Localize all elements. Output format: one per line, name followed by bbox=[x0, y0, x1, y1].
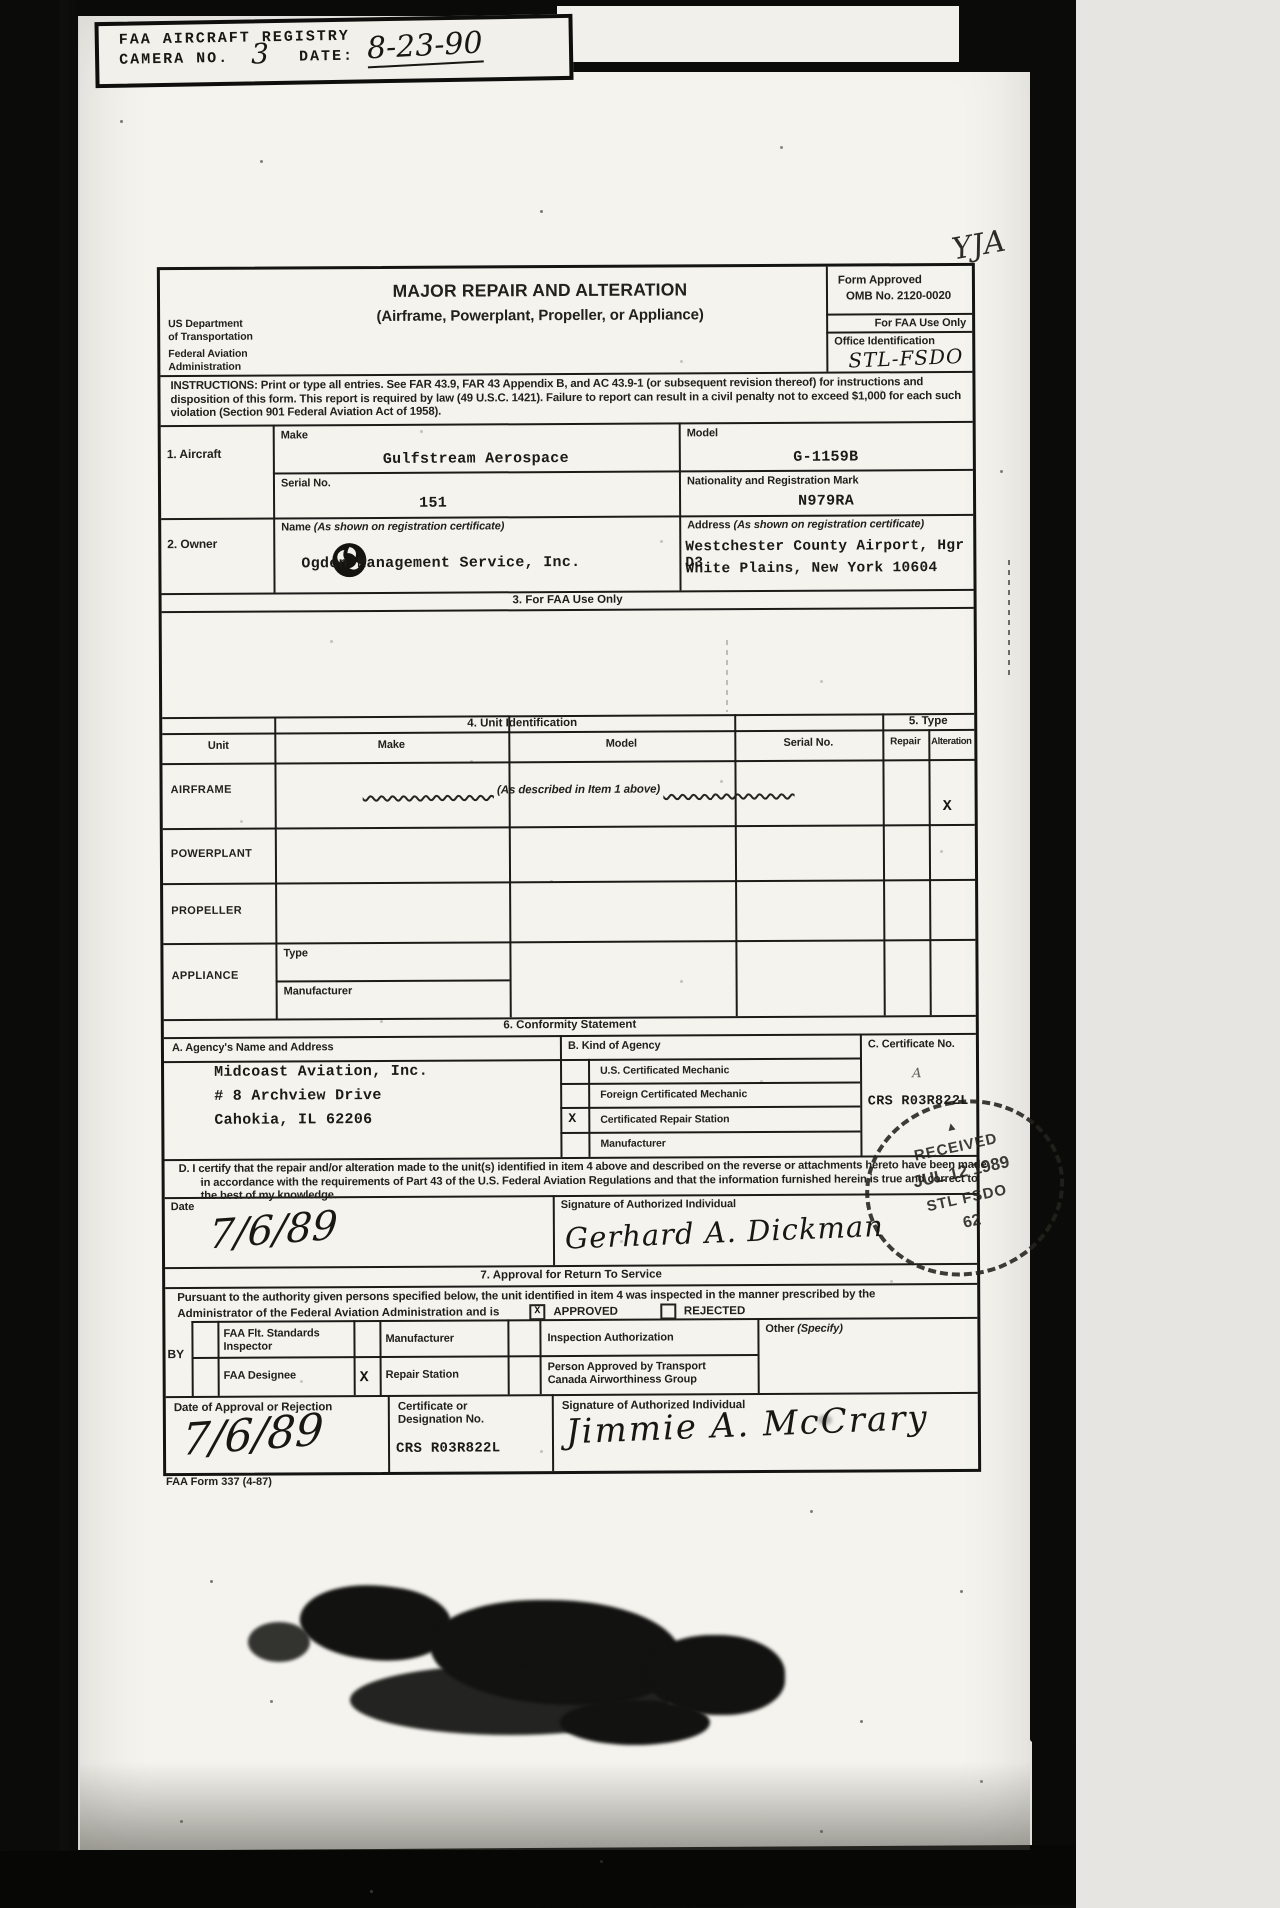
airframe-alteration-mark: X bbox=[943, 798, 952, 815]
transport-canada-cell: Person Approved by Transport Canada Airw… bbox=[548, 1360, 748, 1386]
omb-number: OMB No. 2120-0020 bbox=[846, 290, 951, 303]
agency-name-address-label: A. Agency's Name and Address bbox=[172, 1041, 334, 1054]
scan-artifact-line bbox=[1008, 560, 1010, 680]
owner-address-value2: White Plains, New York 10604 bbox=[685, 560, 937, 577]
model-label: Model bbox=[687, 427, 718, 440]
row-propeller-label: PROPELLER bbox=[171, 905, 242, 918]
repair-station-mark: X bbox=[360, 1369, 369, 1386]
repair-station-cell: Repair Station bbox=[386, 1369, 459, 1382]
approval-text-line2: Administrator of the Federal Aviation Ad… bbox=[177, 1306, 499, 1320]
unit-identification-title: 4. Unit Identification bbox=[162, 715, 882, 731]
signature-label: Signature of Authorized Individual bbox=[561, 1198, 736, 1211]
form-number-footer: FAA Form 337 (4-87) bbox=[166, 1476, 272, 1488]
model-value: G-1159B bbox=[679, 448, 973, 467]
manufacturer-cell: Manufacturer bbox=[385, 1333, 454, 1346]
row-airframe-label: AIRFRAME bbox=[171, 784, 232, 797]
certificate-no-label: C. Certificate No. bbox=[868, 1038, 955, 1051]
scan-edge-left bbox=[0, 0, 60, 1908]
serial-value: 151 bbox=[273, 494, 593, 513]
approved-label: APPROVED bbox=[553, 1306, 618, 1318]
inspection-authorization-cell: Inspection Authorization bbox=[547, 1331, 673, 1344]
date-handwritten: 7/6/89 bbox=[208, 1203, 339, 1259]
approved-checkbox: X bbox=[529, 1304, 545, 1320]
registry-stamp-camera-value: 3 bbox=[251, 37, 269, 70]
section-owner-label: 2. Owner bbox=[167, 538, 217, 551]
scan-edge-right bbox=[1030, 16, 1076, 1742]
approval-cert-label: Certificate or Designation No. bbox=[398, 1400, 508, 1426]
by-label: BY bbox=[168, 1348, 185, 1361]
owner-name-label: Name (As shown on registration certifica… bbox=[281, 520, 504, 534]
faa-designee-cell: FAA Designee bbox=[224, 1369, 296, 1382]
instructions-text: INSTRUCTIONS: Print or type all entries.… bbox=[170, 376, 964, 421]
approval-date-handwritten: 7/6/89 bbox=[180, 1404, 325, 1466]
kind-row-label: Manufacturer bbox=[600, 1137, 665, 1150]
type-title: 5. Type bbox=[882, 715, 974, 727]
owner-address-label: Address (As shown on registration certif… bbox=[687, 518, 924, 532]
row-appliance-label: APPLIANCE bbox=[172, 970, 239, 983]
scan-edge-bottom bbox=[0, 1845, 1076, 1908]
airframe-note: ____________________ (As described in It… bbox=[275, 782, 883, 799]
signature-handwritten: Gerhard A. Dickman bbox=[564, 1209, 884, 1256]
kind-of-agency-label: B. Kind of Agency bbox=[568, 1040, 661, 1053]
certify-statement: D. I certify that the repair and/or alte… bbox=[179, 1159, 987, 1204]
rejected-label: REJECTED bbox=[684, 1305, 745, 1317]
ink-blob bbox=[248, 1622, 310, 1662]
scan-margin-right bbox=[1076, 0, 1280, 1908]
kind-row-label: Foreign Certificated Mechanic bbox=[600, 1088, 747, 1101]
inspector-cell: FAA Flt. Standards Inspector bbox=[223, 1327, 343, 1353]
section-aircraft-label: 1. Aircraft bbox=[167, 448, 222, 461]
scan-edge-left-shadow bbox=[60, 0, 80, 1908]
col-serial: Serial No. bbox=[734, 736, 882, 749]
rejected-checkbox bbox=[660, 1303, 676, 1319]
col-repair: Repair bbox=[882, 736, 928, 749]
col-unit: Unit bbox=[162, 740, 274, 753]
registry-stamp-date-label: DATE: bbox=[299, 48, 354, 66]
serial-label: Serial No. bbox=[281, 477, 331, 490]
kind-row-label: Certificated Repair Station bbox=[600, 1113, 729, 1126]
squiggle-left: ____________________ bbox=[363, 785, 494, 797]
agency-name-2: Federal Aviation Administration bbox=[168, 348, 247, 373]
faa-use-only-label: For FAA Use Only bbox=[826, 317, 966, 330]
office-id-value: STL-FSDO bbox=[848, 344, 964, 373]
registry-stamp-camera-label: CAMERA NO. bbox=[119, 50, 229, 69]
kind-row-mark: X bbox=[568, 1111, 576, 1126]
col-model: Model bbox=[508, 737, 734, 751]
scan-noise bbox=[120, 120, 123, 123]
agency-name-value: Midcoast Aviation, Inc. bbox=[214, 1063, 428, 1081]
agency-addr1-value: # 8 Archview Drive bbox=[214, 1087, 382, 1105]
form-subtitle: (Airframe, Powerplant, Propeller, or App… bbox=[290, 309, 790, 324]
scan-smudge-bottom bbox=[80, 1762, 1030, 1850]
certificate-pen-mark: A bbox=[912, 1066, 921, 1081]
make-label: Make bbox=[281, 429, 308, 442]
faa-form-337: US Department of Transportation Federal … bbox=[157, 263, 981, 1476]
agency-addr2-value: Cahokia, IL 62206 bbox=[214, 1111, 372, 1129]
make-value: Gulfstream Aerospace bbox=[273, 449, 679, 468]
approval-bar: 7. Approval for Return To Service bbox=[165, 1267, 977, 1283]
appliance-manufacturer-label: Manufacturer bbox=[284, 985, 353, 998]
kind-row-label: U.S. Certificated Mechanic bbox=[600, 1064, 729, 1077]
registration-label: Nationality and Registration Mark bbox=[687, 474, 859, 487]
col-make: Make bbox=[274, 738, 508, 752]
agency-name: US Department of Transportation bbox=[168, 318, 253, 343]
approval-cert-value: CRS R03R822L bbox=[396, 1440, 501, 1457]
date-label: Date bbox=[171, 1201, 195, 1214]
other-cell: Other (Specify) bbox=[765, 1323, 842, 1336]
registration-value: N979RA bbox=[679, 492, 973, 511]
appliance-type-label: Type bbox=[283, 947, 308, 960]
form-title: MAJOR REPAIR AND ALTERATION bbox=[290, 283, 790, 298]
registry-stamp-box: FAA AIRCRAFT REGISTRY CAMERA NO. 3 DATE:… bbox=[94, 14, 573, 88]
blank-label-box bbox=[557, 6, 959, 62]
squiggle-right: ____________________ bbox=[663, 784, 794, 796]
form-approved-label: Form Approved bbox=[838, 274, 922, 287]
registry-stamp-line1: FAA AIRCRAFT REGISTRY bbox=[119, 28, 350, 49]
registry-stamp-date-value: 8-23-90 bbox=[366, 25, 483, 68]
col-alteration: Alteration bbox=[928, 736, 974, 749]
scanned-document: FAA AIRCRAFT REGISTRY CAMERA NO. 3 DATE:… bbox=[0, 0, 1280, 1908]
row-powerplant-label: POWERPLANT bbox=[171, 848, 252, 861]
owner-name-value: Ogden Management Service, Inc. bbox=[301, 554, 580, 572]
ink-blob bbox=[560, 1700, 710, 1745]
certificate-no-value: CRS R03R822L bbox=[860, 1094, 976, 1110]
